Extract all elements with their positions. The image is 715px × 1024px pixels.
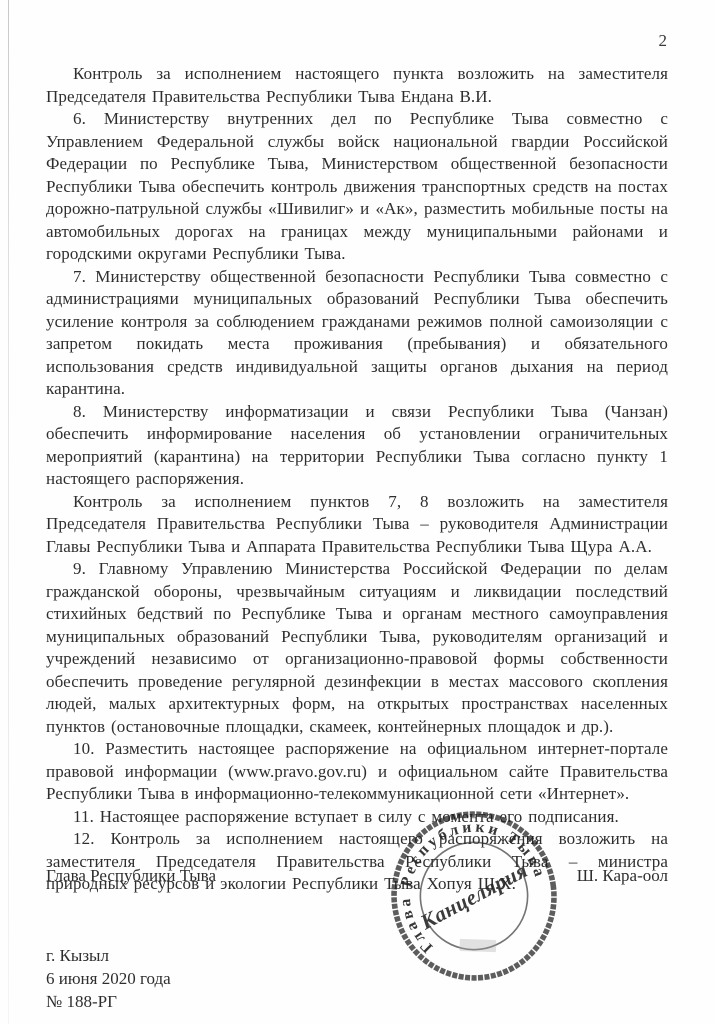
paragraph-item-6: 6. Министерству внутренних дел по Респуб… [46, 108, 668, 266]
stamp-faded-mark [459, 939, 496, 952]
footer-doc-number: № 188-РГ [46, 990, 171, 1013]
signature-title: Глава Республики Тыва [46, 866, 216, 886]
document-page: 2 Контроль за исполнением настоящего пун… [0, 0, 715, 1024]
paragraph-item-11: 11. Настоящее распоряжение вступает в си… [46, 806, 668, 829]
paragraph-control-p7-8: Контроль за исполнением пунктов 7, 8 воз… [46, 491, 668, 559]
page-number: 2 [659, 31, 668, 51]
scan-edge-line [8, 0, 9, 1024]
paragraph-control-p5: Контроль за исполнением настоящего пункт… [46, 63, 668, 108]
paragraph-item-9: 9. Главному Управлению Министерства Росс… [46, 558, 668, 738]
footer-block: г. Кызыл 6 июня 2020 года № 188-РГ [46, 944, 171, 1013]
paragraph-item-7: 7. Министерству общественной безопасност… [46, 266, 668, 401]
footer-city: г. Кызыл [46, 944, 171, 967]
paragraph-item-10: 10. Разместить настоящее распоряжение на… [46, 738, 668, 806]
paragraph-item-8: 8. Министерству информатизации и связи Р… [46, 401, 668, 491]
signature-name: Ш. Кара-оол [577, 866, 668, 886]
footer-date: 6 июня 2020 года [46, 967, 171, 990]
signature-row: Глава Республики Тыва Ш. Кара-оол [46, 866, 668, 886]
document-body: Контроль за исполнением настоящего пункт… [46, 63, 668, 896]
